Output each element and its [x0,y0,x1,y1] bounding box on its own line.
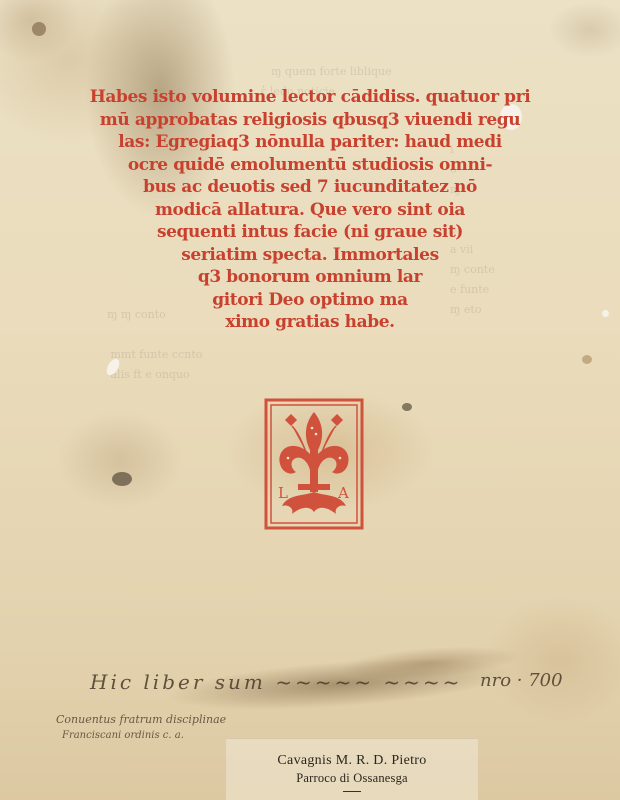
device-initial-left: L [278,484,288,502]
manuscript-date: nro · 700 [480,670,563,691]
rubric-line: mū approbatas religiosis qbusq3 viuendi … [80,109,540,132]
paper-hole [602,310,609,317]
rubric-line: sequenti intus facie (ni graue sit) [80,221,540,244]
printers-device-fleur-de-lis: L A [264,398,364,530]
rubric-line: bus ac deuotis sed 7 iucunditatez nō [80,176,540,199]
rubric-line: seriatim specta. Immortales [80,244,540,267]
rubric-line: ocre quidē emolumentū studiosis omni- [80,154,540,177]
rubric-line: ximo gratias habe. [80,311,540,334]
rubric-line: Habes isto volumine lector cādidiss. qua… [80,86,540,109]
owner-label: Cavagnis M. R. D. Pietro Parroco di Ossa… [226,738,478,800]
owner-label-name: Cavagnis M. R. D. Pietro [226,753,478,769]
fleur-de-lis-icon: L A [264,398,364,530]
manuscript-ownership-inscription: Hic liber sum ~~~~~ ~~~~ [90,670,462,694]
rubric-title-text: Habes isto volumine lector cādidiss. qua… [80,86,540,334]
ink-spot [112,472,132,486]
ink-spot [32,22,46,36]
ink-spot [582,355,592,364]
rubric-line: las: Egregiaq3 nōnulla pariter: haud med… [80,131,540,154]
manuscript-note-line2: Franciscani ordinis c. a. [62,730,184,741]
rubric-line: modicā allatura. Que vero sint oia [80,199,540,222]
label-rule [343,791,361,792]
rubric-line: q3 bonorum omnium lar [80,266,540,289]
document-page: ɱ quem forte liblique ἐ ledo noticie i o… [0,0,620,800]
owner-label-title: Parroco di Ossanesga [226,771,478,786]
ink-spot [402,403,412,411]
manuscript-note-line1: Conuentus fratrum disciplinae [56,713,226,726]
rubric-line: gitori Deo optimo ma [80,289,540,312]
device-initial-right: A [337,484,349,502]
